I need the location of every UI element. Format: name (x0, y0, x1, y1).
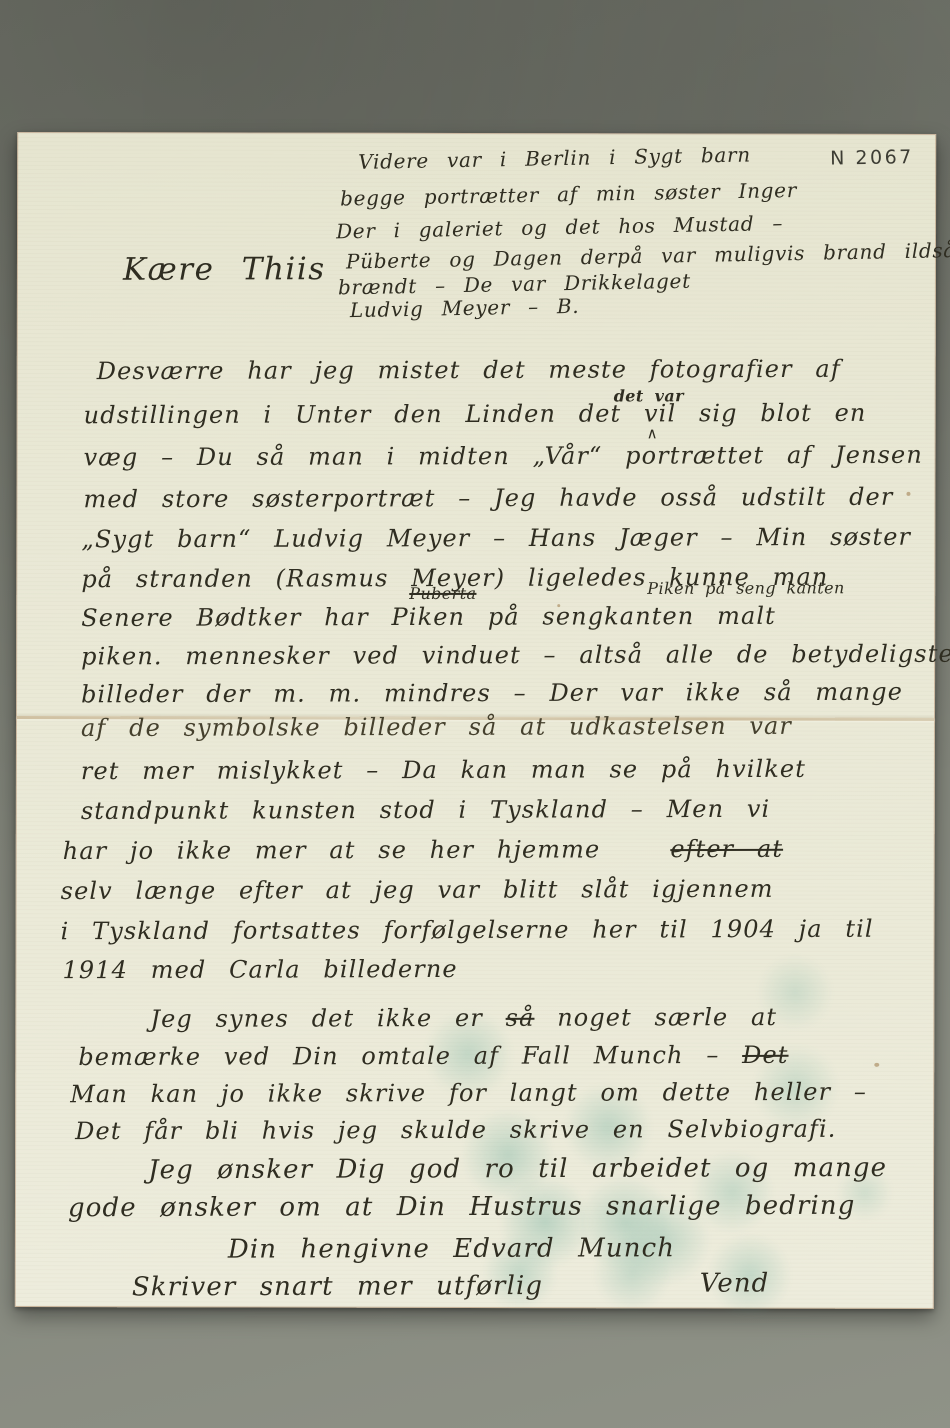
letter-line: piken. mennesker ved vinduet – altså all… (81, 640, 950, 671)
letter-paper: N 2067 Videre var i Berlin i Sygt barn b… (15, 132, 936, 1309)
annotation-line: Videre var i Berlin i Sygt barn (358, 142, 751, 173)
foxing-speck (906, 492, 910, 496)
signature-line: Din hengivne Edvard Munch (228, 1233, 675, 1264)
letter-line: selv længe efter at jeg var blitt slåt i… (61, 875, 774, 905)
annotation-line: Ludvig Meyer – B. (350, 294, 580, 322)
struck-word: Det (742, 1041, 788, 1069)
foxing-speck (874, 1063, 879, 1067)
letter-line: i Tyskland fortsattes forfølgelserne her… (61, 915, 874, 946)
struck-word: så (506, 1004, 535, 1032)
annotation-line: begge portrætter af min søster Inger (340, 178, 797, 211)
letter-line: har jo ikke mer at se her hjemmeefter at (63, 835, 783, 865)
letter-line: „Sygt barn“ Ludvig Meyer – Hans Jæger – … (81, 523, 911, 554)
annotation-line: Püberte og Dagen derpå var muligvis bran… (346, 237, 950, 273)
letter-line: af de symbolske billeder så at udkastels… (81, 712, 792, 742)
letter-line: gode ønsker om at Din Hustrus snarlige b… (68, 1191, 856, 1223)
letter-line: væg – Du så man i midten „Vår“ portrætte… (84, 441, 923, 472)
postscript-line: Skriver snart mer utførlig (132, 1271, 543, 1302)
line-text: bemærke ved Din omtale af Fall Munch – (78, 1041, 719, 1071)
letter-line: Desværre har jeg mistet det meste fotogr… (97, 355, 841, 385)
letter-line: 1914 med Carla billederne (62, 955, 457, 984)
annotation-line: Der i galeriet og det hos Mustad – (336, 211, 783, 243)
line-text: noget særle at (557, 1003, 777, 1032)
letter-line: bemærke ved Din omtale af Fall Munch – D… (78, 1041, 788, 1071)
letter-line: Jeg synes det ikke er så noget særle at (150, 1003, 777, 1033)
letter-line: standpunkt kunsten stod i Tyskland – Men… (81, 795, 771, 825)
turn-over-note: Vend (700, 1268, 770, 1298)
line-text: Jeg synes det ikke er (150, 1004, 483, 1033)
photo-background: { "photo": { "catalog_number": "N 2067",… (0, 0, 950, 1428)
letter-line: ret mer mislykket – Da kan man se på hvi… (81, 755, 806, 785)
letter-line: billeder der m. m. mindres – Der var ikk… (81, 678, 903, 709)
letter-line: med store søsterportræt – Jeg havde osså… (83, 483, 893, 514)
letter-line: Senere Bødtker har Piken på sengkanten m… (81, 602, 776, 632)
struck-words: efter at (670, 835, 783, 863)
letter-line: Jeg ønsker Dig god ro til arbeidet og ma… (148, 1153, 887, 1185)
letter-line: udstillingen i Unter den Linden det vil … (84, 399, 867, 429)
letter-line: Man kan jo ikke skrive for langt om dett… (70, 1078, 867, 1109)
greeting: Kære Thiis (123, 251, 326, 288)
letter-line: Det får bli hvis jeg skulde skrive en Se… (75, 1115, 836, 1145)
catalog-number: N 2067 (830, 146, 914, 169)
line-text: har jo ikke mer at se her hjemme (63, 835, 601, 865)
letter-line: på stranden (Rasmus Meyer) ligeledes kun… (81, 563, 828, 593)
